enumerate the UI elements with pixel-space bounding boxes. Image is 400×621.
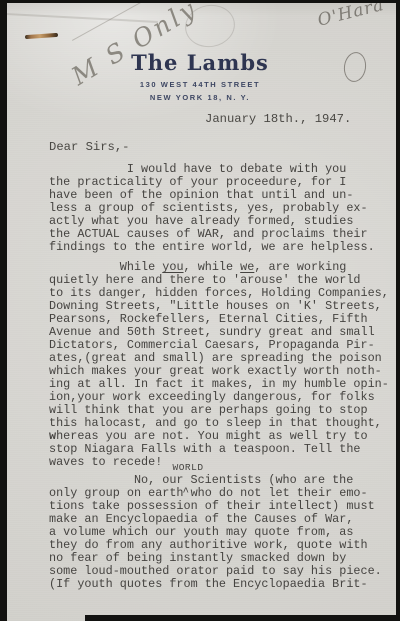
scan-edge-right <box>396 0 400 621</box>
scan-edge-bottom <box>85 615 400 621</box>
letterhead-org-name: The Lambs <box>0 50 400 75</box>
paragraph: While you, while we, are workingquietly … <box>49 261 394 469</box>
scanned-letter: M S Only O'Hara The Lambs 130 WEST 44TH … <box>0 0 400 621</box>
letter-body: I would have to debate with youthe pract… <box>49 163 394 591</box>
overstruck-letter: w <box>49 429 56 443</box>
letter-date: January 18th., 1947. <box>205 112 351 126</box>
underlined-word: you <box>162 260 183 274</box>
letterhead: The Lambs 130 WEST 44TH STREET NEW YORK … <box>0 50 400 102</box>
scan-edge-left <box>0 0 7 621</box>
underlined-word: we <box>240 260 254 274</box>
paragraph: I would have to debate with youthe pract… <box>49 163 394 254</box>
letter-salutation: Dear Sirs,- <box>49 140 129 154</box>
letterhead-address-line2: NEW YORK 18, N. Y. <box>0 93 400 102</box>
paragraph: No, ourWORLD^Scientists (who are theonly… <box>49 474 394 591</box>
scan-edge-top <box>0 0 400 3</box>
letterhead-address-line1: 130 WEST 44TH STREET <box>0 80 400 89</box>
caret-mark: ^ <box>183 487 190 500</box>
inserted-word: WORLD <box>173 461 204 474</box>
